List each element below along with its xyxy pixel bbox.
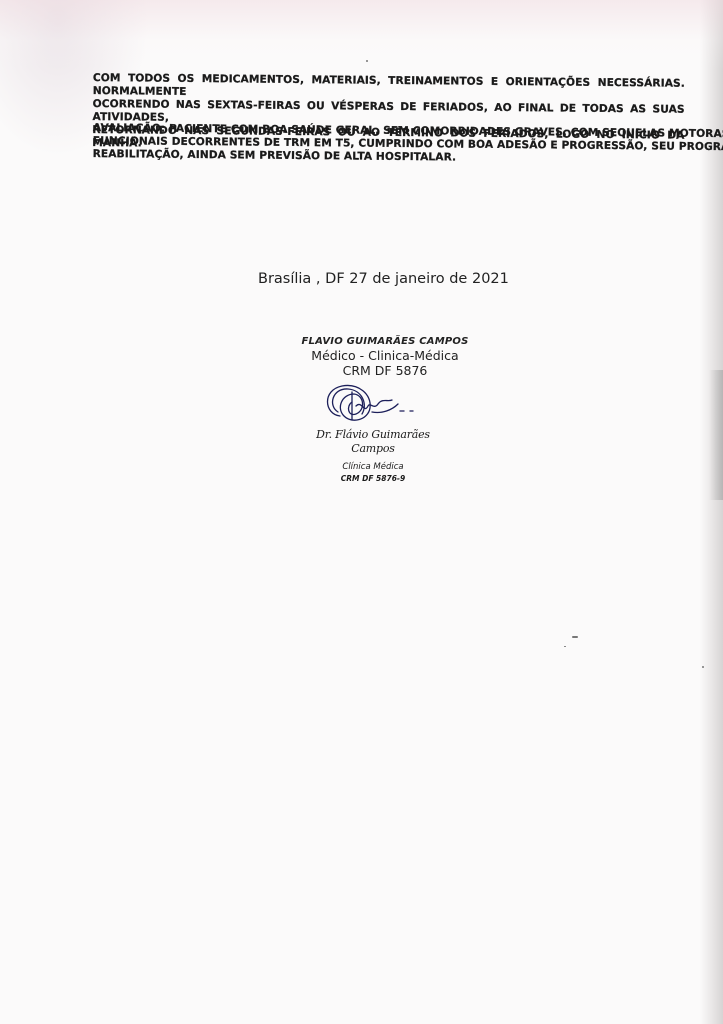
doctor-stamp: Dr. Flávio Guimarães Campos Clínica Médi… xyxy=(303,428,443,484)
stamp-specialty: Clínica Médica xyxy=(303,461,443,473)
handwritten-signature-icon xyxy=(312,380,422,432)
signatory-role: Médico - Clinica-Médica xyxy=(300,348,470,363)
signatory-block: FLAVIO GUIMARÃES CAMPOS Médico - Clinica… xyxy=(300,335,470,378)
scan-speck xyxy=(366,60,368,62)
paragraph-evaluation: AVALIAÇÃO: PACIENTE COM BOA SAÚDE GERAL,… xyxy=(93,122,685,167)
page-edge-shadow xyxy=(709,370,723,500)
signatory-name: FLAVIO GUIMARÃES CAMPOS xyxy=(300,335,470,348)
signatory-crm: CRM DF 5876 xyxy=(300,363,470,378)
scan-speck xyxy=(564,646,566,647)
scan-speck xyxy=(702,666,704,668)
place-and-date: Brasília , DF 27 de janeiro de 2021 xyxy=(258,271,509,287)
scan-speck xyxy=(572,636,578,638)
stamp-name: Dr. Flávio Guimarães Campos xyxy=(303,428,443,456)
stamp-crm: CRM DF 5876-9 xyxy=(303,473,443,484)
